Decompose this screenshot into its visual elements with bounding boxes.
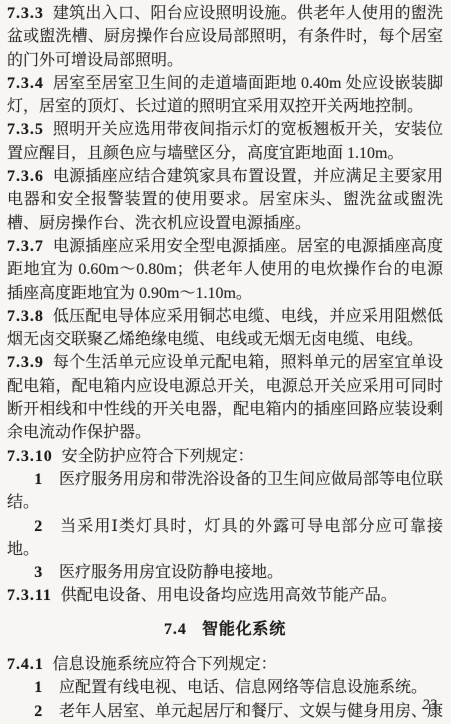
clause-7.3.3: 7.3.3建筑出入口、阳台应设照明设施。供老年人使用的盥洗盆或盥洗槽、厨房操作台… [7,2,443,72]
scanned-standard-page: { "page": { "page_number": "23", "backgr… [0,0,451,724]
item-number: 3 [34,564,42,581]
clause-text: 居室至居室卫生间的走道墙面距地 0.40m 处应设嵌装脚灯，居室的顶灯、长过道的… [7,75,443,115]
item-text: 当采用Ⅰ类灯具时，灯具的外露可导电部分应可靠接地。 [7,518,443,558]
item-number: 2 [34,703,42,720]
item-number: 1 [34,679,42,696]
sub-item-1: 1医疗服务用房和带洗浴设备的卫生间应做局部等电位联结。 [7,468,443,515]
sub-item-2: 2老年人居室、单元起居厅和餐厅、文娱与健身用房、康 [7,700,443,723]
clause-7.3.6: 7.3.6电源插座应结合建筑家具布置设置，并应满足主要家用电器和安全报警装置的使… [7,165,443,235]
clause-number: 7.3.8 [7,308,44,325]
clause-number: 7.3.11 [7,587,52,604]
clause-text: 电源插座应采用安全型电源插座。居室的电源插座高度距地宜为 0.60m～0.80m… [7,238,443,302]
item-text: 应配置有线电视、电话、信息网络等信息设施系统。 [59,679,427,696]
item-number: 2 [34,518,42,535]
clause-7.3.8: 7.3.8低压配电导体应采用铜芯电缆、电线，并应采用阻燃低烟无卤交联聚乙烯绝缘电… [7,305,443,352]
item-text: 医疗服务用房和带洗浴设备的卫生间应做局部等电位联结。 [7,471,443,511]
clause-number: 7.3.6 [7,168,44,185]
clause-7.3.10: 7.3.10安全防护应符合下列规定： [7,445,443,468]
item-text: 老年人居室、单元起居厅和餐厅、文娱与健身用房、康 [59,703,443,720]
heading-text: 智能化系统 [202,621,286,638]
item-number: 1 [34,471,42,488]
clause-text: 建筑出入口、阳台应设照明设施。供老年人使用的盥洗盆或盥洗槽、厨房操作台应设局部照… [7,5,443,69]
clause-number: 7.3.5 [7,121,44,138]
heading-number: 7.4 [164,621,187,638]
clause-number: 7.3.10 [7,448,53,465]
clause-text: 每个生活单元应设单元配电箱，照料单元的居室宜单设配电箱，配电箱内应设电源总开关，… [7,354,443,441]
clause-7.3.11: 7.3.11供配电设备、用电设备均应选用高效节能产品。 [7,584,443,607]
clause-7.3.5: 7.3.5照明开关应选用带夜间指示灯的宽板翘板开关，安装位置应醒目，且颜色应与墙… [7,118,443,165]
clause-7.3.4: 7.3.4居室至居室卫生间的走道墙面距地 0.40m 处应设嵌装脚灯，居室的顶灯… [7,72,443,119]
clause-text: 供配电设备、用电设备均应选用高效节能产品。 [61,587,397,604]
item-text: 医疗服务用房宜设防静电接地。 [59,564,283,581]
clause-7.3.7: 7.3.7电源插座应采用安全型电源插座。居室的电源插座高度距地宜为 0.60m～… [7,235,443,305]
clause-number: 7.3.4 [7,75,44,92]
sub-item-3: 3医疗服务用房宜设防静电接地。 [7,561,443,584]
clause-number: 7.3.7 [7,238,44,255]
clause-text: 照明开关应选用带夜间指示灯的宽板翘板开关，安装位置应醒目，且颜色应与墙壁区分，高… [7,121,443,161]
clause-text: 安全防护应符合下列规定： [62,448,254,465]
clause-text: 电源插座应结合建筑家具布置设置，并应满足主要家用电器和安全报警装置的使用要求。居… [7,168,443,232]
clause-text: 低压配电导体应采用铜芯电缆、电线，并应采用阻燃低烟无卤交联聚乙烯绝缘电缆、电线或… [7,308,443,348]
section-heading-7.4: 7.4智能化系统 [7,618,443,641]
sub-item-1: 1应配置有线电视、电话、信息网络等信息设施系统。 [7,676,443,699]
clause-text: 信息设施系统应符合下列规定： [53,656,277,673]
clause-number: 7.3.3 [7,5,44,22]
clause-number: 7.4.1 [7,656,44,673]
page-number: 23 [422,694,437,717]
document-body: 7.3.3建筑出入口、阳台应设照明设施。供老年人使用的盥洗盆或盥洗槽、厨房操作台… [0,0,451,723]
clause-7.4.1: 7.4.1信息设施系统应符合下列规定： [7,653,443,676]
sub-item-2: 2当采用Ⅰ类灯具时，灯具的外露可导电部分应可靠接地。 [7,515,443,562]
clause-7.3.9: 7.3.9每个生活单元应设单元配电箱，照料单元的居室宜单设配电箱，配电箱内应设电… [7,351,443,444]
clause-number: 7.3.9 [7,354,44,371]
